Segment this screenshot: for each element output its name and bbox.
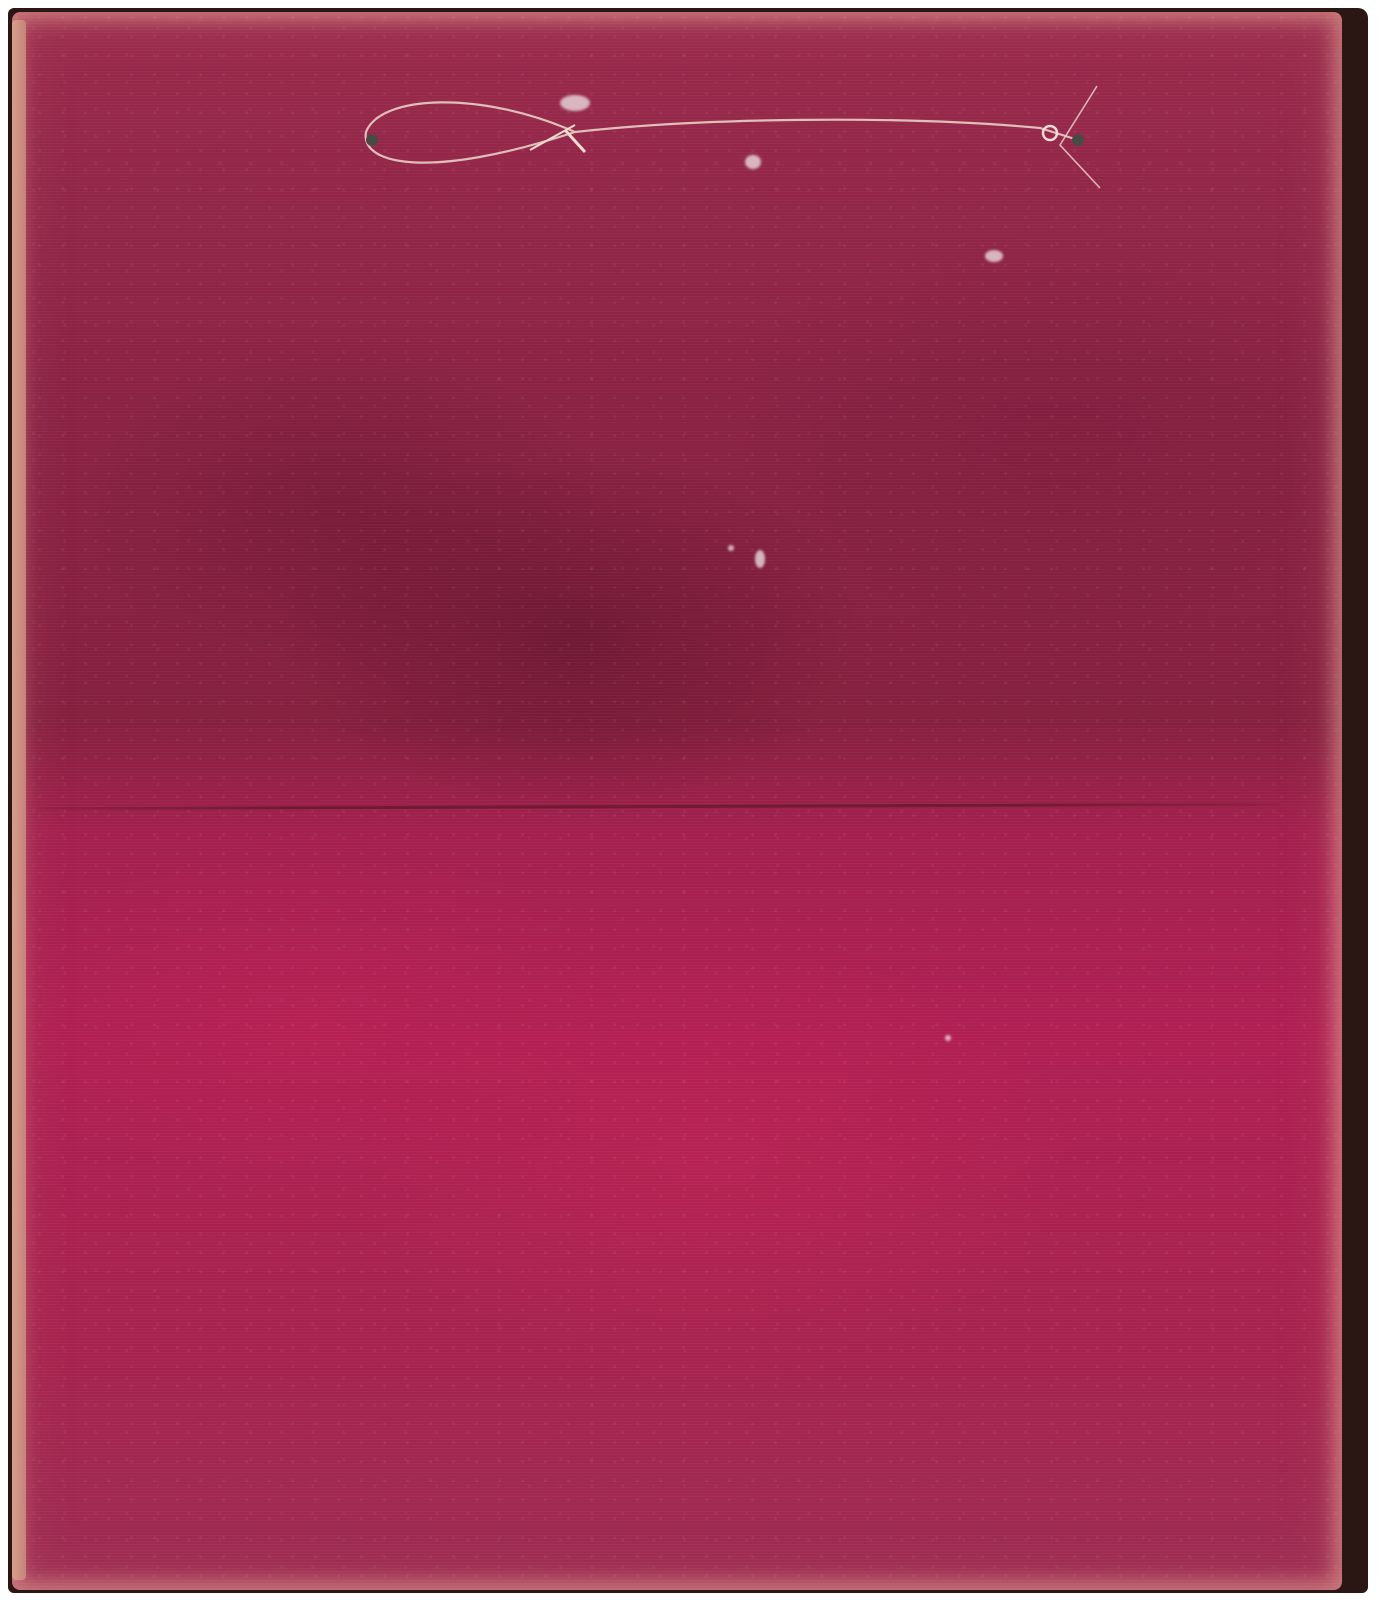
lint-speck — [745, 155, 761, 169]
lint-speck — [945, 1035, 951, 1041]
lint-speck — [755, 550, 765, 568]
worn-left-edge — [12, 20, 26, 1580]
velvet-panel — [12, 12, 1342, 1590]
lint-speck — [985, 250, 1003, 262]
lint-speck — [728, 545, 734, 551]
lint-speck — [560, 95, 590, 111]
